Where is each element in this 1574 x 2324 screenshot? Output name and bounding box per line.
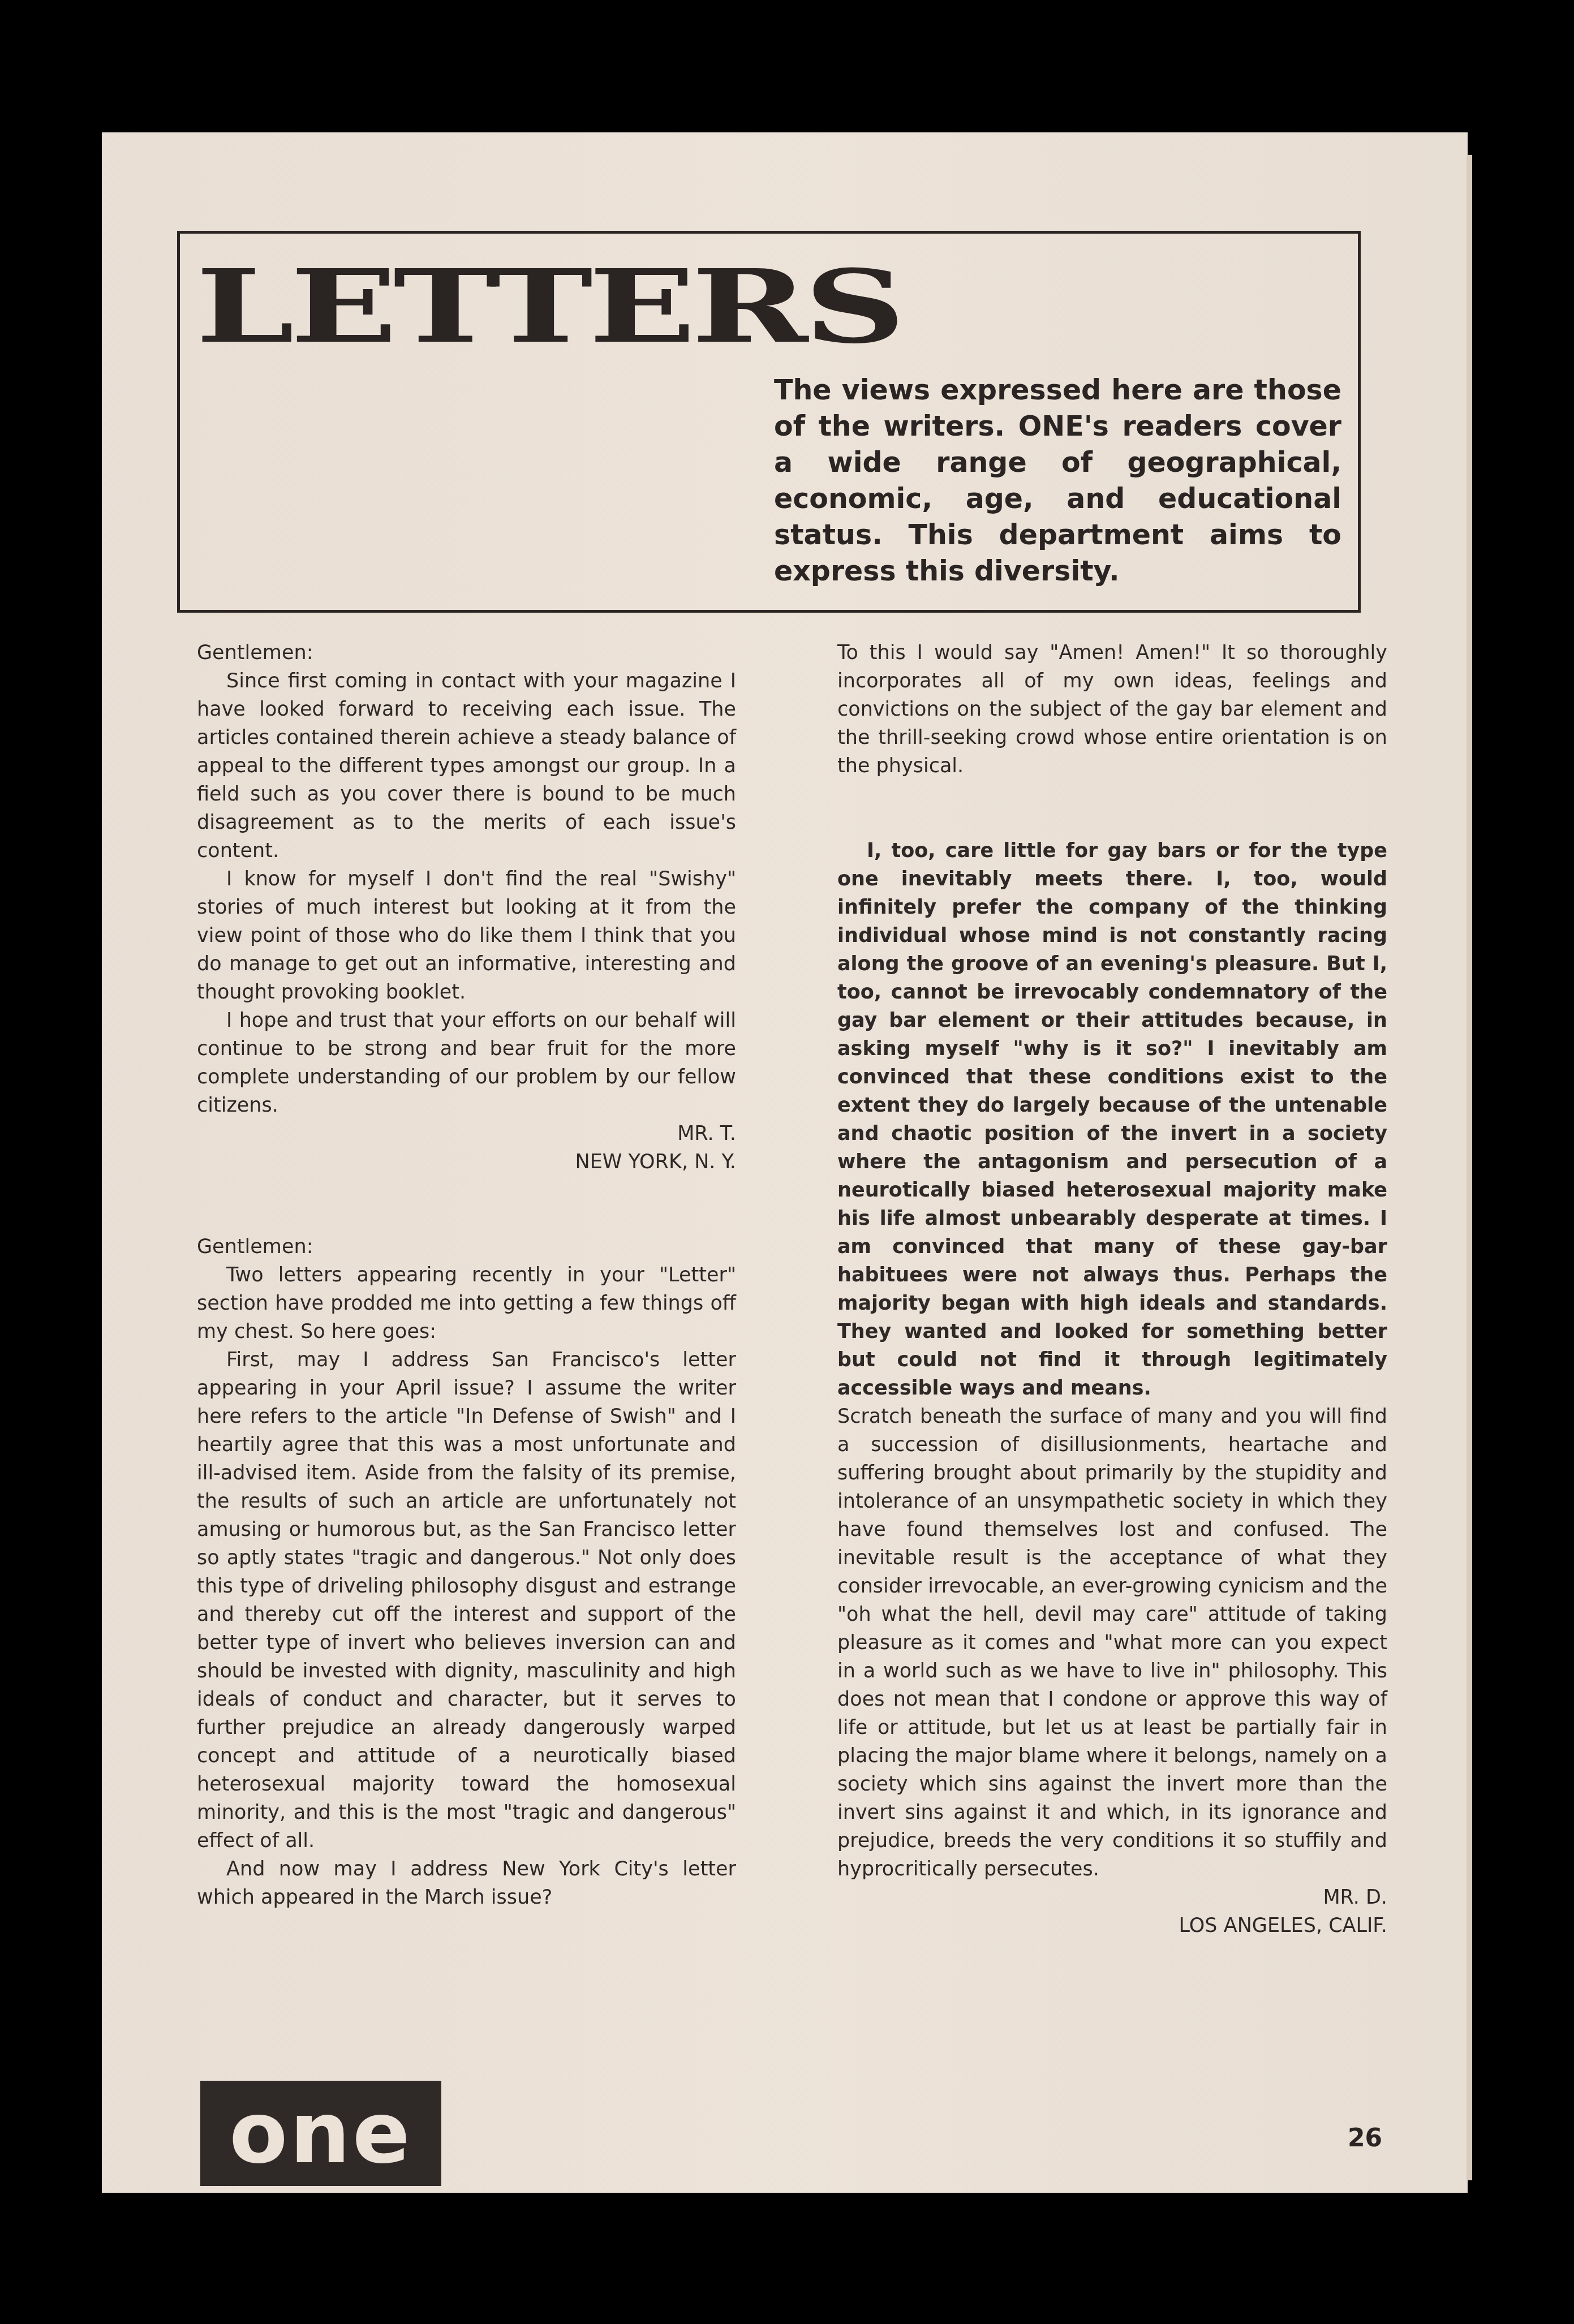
letter-paragraph: I hope and trust that your efforts on ou…	[197, 1006, 736, 1120]
letter-1: Gentlemen: Since first coming in contact…	[197, 639, 736, 1176]
one-magazine-logo: one	[200, 2081, 441, 2186]
letter-salutation: Gentlemen:	[197, 1233, 736, 1261]
right-column: To this I would say "Amen! Amen!" It so …	[837, 639, 1387, 1940]
letter-salutation: Gentlemen:	[197, 639, 736, 667]
letter-paragraph: First, may I address San Francisco's let…	[197, 1346, 736, 1855]
letter-paragraph: Scratch beneath the surface of many and …	[837, 1402, 1387, 1883]
letter-paragraph: To this I would say "Amen! Amen!" It so …	[837, 639, 1387, 780]
spacer	[197, 1176, 736, 1233]
letter-paragraph: I know for myself I don't find the real …	[197, 865, 736, 1006]
quoted-passage: I, too, care little for gay bars or for …	[837, 837, 1387, 1402]
letter-location: NEW YORK, N. Y.	[197, 1148, 736, 1176]
letter-paragraph: And now may I address New York City's le…	[197, 1855, 736, 1912]
magazine-page: LETTERS The views expressed here are tho…	[102, 132, 1468, 2193]
section-intro: The views expressed here are those of th…	[774, 372, 1341, 589]
letter-paragraph: Since first coming in contact with your …	[197, 667, 736, 865]
letter-signature: MR. T.	[197, 1120, 736, 1148]
page-number: 26	[1348, 2124, 1382, 2153]
section-title: LETTERS	[196, 256, 901, 358]
left-column: Gentlemen: Since first coming in contact…	[197, 639, 736, 1912]
page-edge	[1467, 155, 1472, 2180]
spacer	[837, 780, 1387, 837]
letter-location: LOS ANGELES, CALIF.	[837, 1912, 1387, 1940]
letter-signature: MR. D.	[837, 1883, 1387, 1912]
letter-2: Gentlemen: Two letters appearing recentl…	[197, 1233, 736, 1912]
section-header-box: LETTERS The views expressed here are tho…	[177, 231, 1361, 613]
letter-paragraph: Two letters appearing recently in your "…	[197, 1261, 736, 1346]
